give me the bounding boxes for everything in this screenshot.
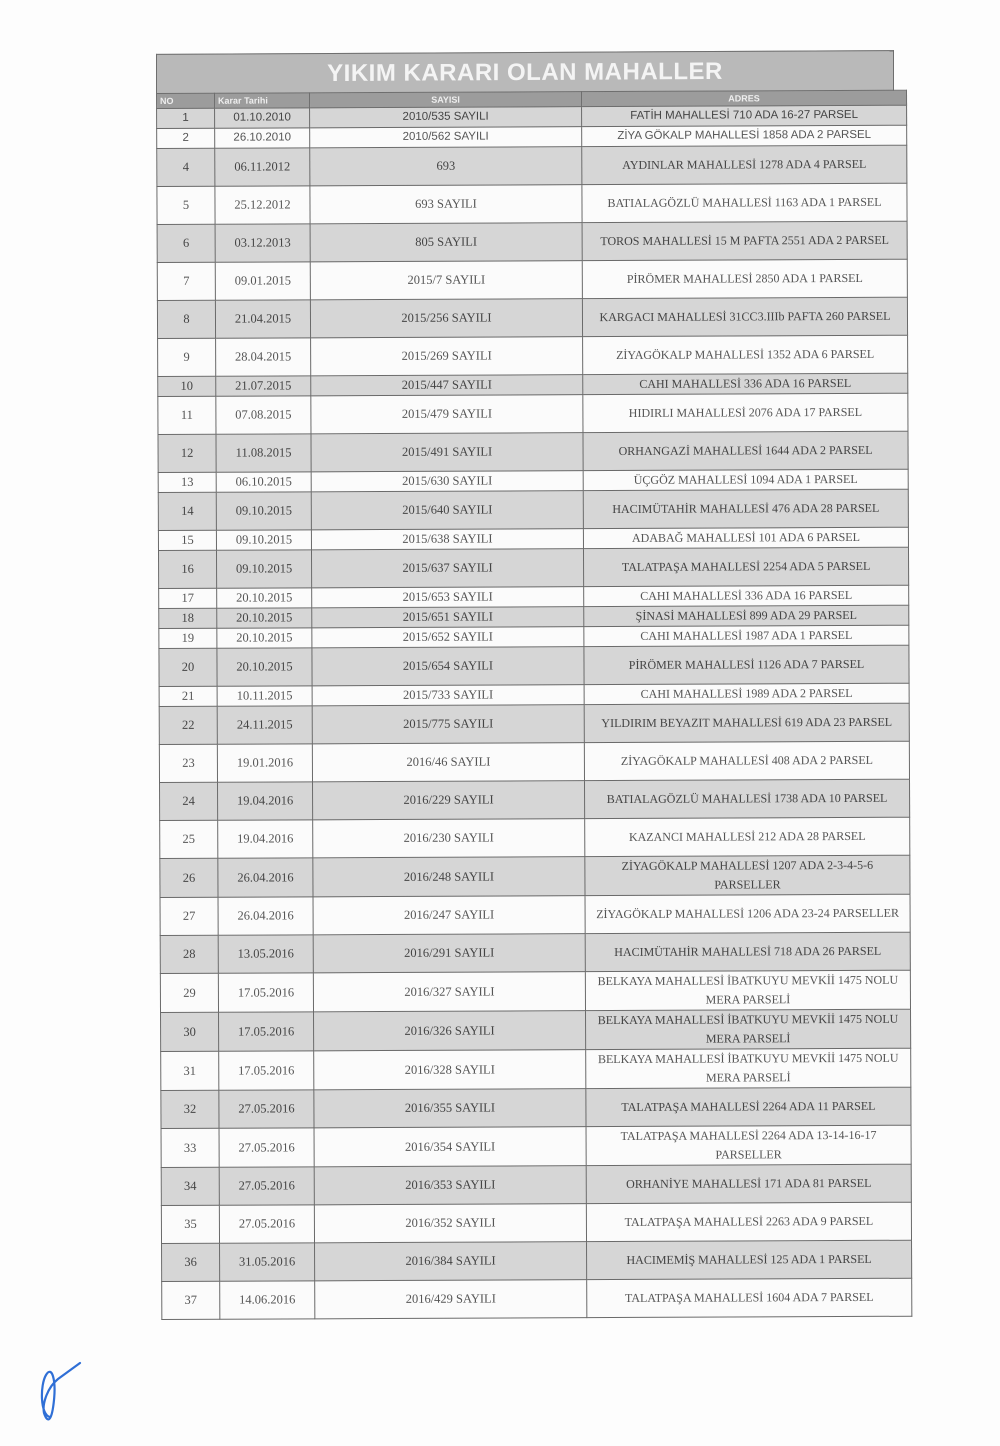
cell-no: 32: [161, 1090, 219, 1128]
cell-sayi: 2015/491 SAYILI: [311, 433, 583, 472]
cell-date: 26.04.2016: [218, 897, 313, 935]
cell-sayi: 2016/352 SAYILI: [314, 1204, 586, 1243]
cell-no: 33: [161, 1128, 219, 1167]
cell-date: 10.11.2015: [217, 686, 312, 706]
cell-date: 07.08.2015: [216, 396, 311, 434]
table-row: 3631.05.20162016/384 SAYILIHACIMEMİŞ MAH…: [162, 1240, 912, 1281]
cell-sayi: 2015/7 SAYILI: [310, 261, 582, 300]
signature-icon: [30, 1355, 90, 1435]
cell-no: 12: [158, 434, 216, 472]
cell-sayi: 2015/640 SAYILI: [311, 491, 583, 530]
cell-no: 18: [159, 608, 217, 628]
cell-date: 17.05.2016: [219, 1012, 314, 1051]
cell-sayi: 2016/247 SAYILI: [313, 896, 585, 935]
cell-date: 09.01.2015: [215, 262, 310, 300]
cell-adres: AYDINLAR MAHALLESİ 1278 ADA 4 PARSEL: [582, 145, 907, 184]
cell-no: 9: [158, 338, 216, 376]
table-row: 406.11.2012693AYDINLAR MAHALLESİ 1278 AD…: [157, 145, 907, 186]
cell-no: 6: [157, 224, 215, 262]
cell-adres: CAHI MAHALLESİ 336 ADA 16 PARSEL: [584, 585, 909, 606]
cell-sayi: 2016/429 SAYILI: [315, 1280, 587, 1319]
cell-adres: ZİYA GÖKALP MAHALLESİ 1858 ADA 2 PARSEL: [582, 125, 907, 146]
cell-no: 20: [159, 648, 217, 686]
table-row: 928.04.20152015/269 SAYILIZİYAGÖKALP MAH…: [158, 335, 908, 376]
cell-sayi: 2015/652 SAYILI: [312, 627, 584, 648]
cell-sayi: 2015/775 SAYILI: [312, 705, 584, 744]
cell-date: 20.10.2015: [217, 608, 312, 628]
cell-sayi: 2015/653 SAYILI: [312, 587, 584, 608]
table-row: 1920.10.20152015/652 SAYILICAHI MAHALLES…: [159, 625, 909, 648]
cell-no: 24: [160, 782, 218, 820]
cell-date: 20.10.2015: [217, 648, 312, 686]
cell-date: 20.10.2015: [217, 588, 312, 608]
cell-date: 20.10.2015: [217, 628, 312, 648]
cell-date: 31.05.2016: [220, 1243, 315, 1281]
cell-date: 19.01.2016: [217, 744, 312, 782]
cell-adres: BATIALAGÖZLÜ MAHALLESİ 1738 ADA 10 PARSE…: [585, 779, 910, 818]
cell-adres: BELKAYA MAHALLESİ İBATKUYU MEVKİİ 1475 N…: [586, 1048, 911, 1088]
table-row: 2319.01.20162016/46 SAYILIZİYAGÖKALP MAH…: [159, 741, 909, 782]
cell-date: 17.05.2016: [218, 973, 313, 1012]
cell-sayi: 805 SAYILI: [310, 223, 582, 262]
cell-no: 21: [159, 686, 217, 706]
cell-no: 10: [158, 376, 216, 396]
cell-date: 27.05.2016: [219, 1167, 314, 1205]
cell-date: 27.05.2016: [219, 1090, 314, 1128]
cell-adres: TOROS MAHALLESİ 15 M PAFTA 2551 ADA 2 PA…: [582, 221, 907, 260]
table-row: 1306.10.20152015/630 SAYILIÜÇGÖZ MAHALLE…: [158, 469, 908, 492]
table-row: 3227.05.20162016/355 SAYILITALATPAŞA MAH…: [161, 1087, 911, 1128]
cell-sayi: 2015/638 SAYILI: [311, 529, 583, 550]
table-row: 2519.04.20162016/230 SAYILIKAZANCI MAHAL…: [160, 817, 910, 858]
cell-adres: TALATPAŞA MAHALLESİ 2264 ADA 13-14-16-17…: [586, 1125, 911, 1165]
demolition-decisions-table: NO Karar Tarihi SAYISI ADRES 101.10.2010…: [156, 90, 912, 1320]
table-row: 709.01.20152015/7 SAYILIPİRÖMER MAHALLES…: [157, 259, 907, 300]
cell-adres: BATIALAGÖZLÜ MAHALLESİ 1163 ADA 1 PARSEL: [582, 183, 907, 222]
table-row: 1609.10.20152015/637 SAYILITALATPAŞA MAH…: [158, 547, 908, 588]
cell-no: 16: [158, 550, 216, 588]
table-row: 2020.10.20152015/654 SAYILIPİRÖMER MAHAL…: [159, 645, 909, 686]
cell-adres: PİRÖMER MAHALLESİ 1126 ADA 7 PARSEL: [584, 645, 909, 684]
table-row: 3714.06.20162016/429 SAYILITALATPAŞA MAH…: [162, 1278, 912, 1319]
cell-sayi: 2016/46 SAYILI: [312, 743, 584, 782]
table-row: 226.10.20102010/562 SAYILIZİYA GÖKALP MA…: [157, 125, 907, 148]
cell-adres: HACIMÜTAHİR MAHALLESİ 476 ADA 28 PARSEL: [583, 489, 908, 528]
cell-date: 28.04.2015: [216, 338, 311, 376]
cell-sayi: 2016/353 SAYILI: [314, 1166, 586, 1205]
table-row: 1409.10.20152015/640 SAYILIHACIMÜTAHİR M…: [158, 489, 908, 530]
cell-sayi: 2015/733 SAYILI: [312, 685, 584, 706]
cell-adres: ÜÇGÖZ MAHALLESİ 1094 ADA 1 PARSEL: [583, 469, 908, 490]
cell-sayi: 693 SAYILI: [310, 185, 582, 224]
cell-sayi: 2010/535 SAYILI: [310, 107, 582, 128]
cell-no: 17: [159, 588, 217, 608]
cell-adres: ORHANGAZİ MAHALLESİ 1644 ADA 2 PARSEL: [583, 431, 908, 470]
cell-adres: BELKAYA MAHALLESİ İBATKUYU MEVKİİ 1475 N…: [585, 970, 910, 1010]
cell-date: 19.04.2016: [218, 782, 313, 820]
cell-date: 24.11.2015: [217, 706, 312, 744]
table-row: 3327.05.20162016/354 SAYILITALATPAŞA MAH…: [161, 1125, 911, 1167]
cell-adres: TALATPAŞA MAHALLESİ 2264 ADA 11 PARSEL: [586, 1087, 911, 1126]
table-row: 3117.05.20162016/328 SAYILIBELKAYA MAHAL…: [161, 1048, 911, 1090]
cell-adres: CAHI MAHALLESİ 1987 ADA 1 PARSEL: [584, 625, 909, 646]
table-row: 3017.05.20162016/326 SAYILIBELKAYA MAHAL…: [161, 1009, 911, 1051]
cell-date: 21.04.2015: [215, 300, 310, 338]
cell-date: 21.07.2015: [216, 376, 311, 396]
cell-sayi: 2015/651 SAYILI: [312, 607, 584, 628]
cell-date: 09.10.2015: [216, 530, 311, 550]
table-body: 101.10.20102010/535 SAYILIFATİH MAHALLES…: [157, 105, 912, 1319]
cell-date: 26.10.2010: [215, 128, 310, 148]
cell-date: 14.06.2016: [220, 1281, 315, 1319]
cell-sayi: 2016/328 SAYILI: [314, 1050, 586, 1090]
cell-sayi: 2015/447 SAYILI: [311, 375, 583, 396]
table-row: 2110.11.20152015/733 SAYILICAHI MAHALLES…: [159, 683, 909, 706]
cell-no: 30: [161, 1012, 219, 1051]
table-row: 2726.04.20162016/247 SAYILIZİYAGÖKALP MA…: [160, 894, 910, 935]
cell-sayi: 2016/230 SAYILI: [313, 819, 585, 858]
cell-no: 29: [160, 973, 218, 1012]
cell-date: 06.11.2012: [215, 148, 310, 186]
table-row: 821.04.20152015/256 SAYILIKARGACI MAHALL…: [157, 297, 907, 338]
cell-no: 1: [157, 108, 215, 128]
cell-sayi: 2016/354 SAYILI: [314, 1127, 586, 1167]
table-row: 1107.08.20152015/479 SAYILIHIDIRLI MAHAL…: [158, 393, 908, 434]
table-row: 2813.05.20162016/291 SAYILIHACIMÜTAHİR M…: [160, 932, 910, 973]
cell-sayi: 2016/248 SAYILI: [313, 857, 585, 897]
cell-adres: CAHI MAHALLESİ 336 ADA 16 PARSEL: [583, 373, 908, 394]
table-row: 101.10.20102010/535 SAYILIFATİH MAHALLES…: [157, 105, 907, 128]
cell-no: 8: [157, 300, 215, 338]
cell-date: 27.05.2016: [219, 1128, 314, 1167]
cell-sayi: 2015/630 SAYILI: [311, 471, 583, 492]
cell-adres: ŞİNASİ MAHALLESİ 899 ADA 29 PARSEL: [584, 605, 909, 626]
cell-no: 22: [159, 706, 217, 744]
cell-date: 06.10.2015: [216, 472, 311, 492]
table-row: 2224.11.20152015/775 SAYILIYILDIRIM BEYA…: [159, 703, 909, 744]
cell-sayi: 2016/384 SAYILI: [315, 1242, 587, 1281]
table-row: 1211.08.20152015/491 SAYILIORHANGAZİ MAH…: [158, 431, 908, 472]
cell-sayi: 2016/291 SAYILI: [313, 934, 585, 973]
cell-date: 09.10.2015: [216, 492, 311, 530]
cell-adres: KAZANCI MAHALLESİ 212 ADA 28 PARSEL: [585, 817, 910, 856]
column-header-adres: ADRES: [581, 90, 906, 106]
table-title: YIKIM KARARI OLAN MAHALLER: [156, 50, 894, 95]
cell-adres: FATİH MAHALLESİ 710 ADA 16-27 PARSEL: [582, 105, 907, 126]
cell-adres: TALATPAŞA MAHALLESİ 2263 ADA 9 PARSEL: [586, 1202, 911, 1241]
cell-adres: ZİYAGÖKALP MAHALLESİ 1352 ADA 6 PARSEL: [583, 335, 908, 374]
table-row: 1820.10.20152015/651 SAYILIŞİNASİ MAHALL…: [159, 605, 909, 628]
cell-sayi: 2015/637 SAYILI: [311, 549, 583, 588]
cell-adres: ZİYAGÖKALP MAHALLESİ 408 ADA 2 PARSEL: [584, 741, 909, 780]
cell-sayi: 2016/355 SAYILI: [314, 1089, 586, 1128]
table-row: 2917.05.20162016/327 SAYILIBELKAYA MAHAL…: [160, 970, 910, 1012]
column-header-sayi: SAYISI: [310, 92, 582, 108]
scanned-page: YIKIM KARARI OLAN MAHALLER NO Karar Tari…: [0, 0, 1000, 1446]
cell-no: 13: [158, 472, 216, 492]
cell-adres: HIDIRLI MAHALLESİ 2076 ADA 17 PARSEL: [583, 393, 908, 432]
cell-adres: PİRÖMER MAHALLESİ 2850 ADA 1 PARSEL: [582, 259, 907, 298]
column-header-date: Karar Tarihi: [215, 93, 310, 108]
cell-no: 26: [160, 858, 218, 897]
table-row: 603.12.2013805 SAYILITOROS MAHALLESİ 15 …: [157, 221, 907, 262]
cell-adres: KARGACI MAHALLESİ 31CC3.IIIb PAFTA 260 P…: [582, 297, 907, 336]
cell-adres: ADABAĞ MAHALLESİ 101 ADA 6 PARSEL: [583, 527, 908, 548]
table-row: 2626.04.20162016/248 SAYILIZİYAGÖKALP MA…: [160, 855, 910, 897]
cell-date: 11.08.2015: [216, 434, 311, 472]
cell-adres: HACIMÜTAHİR MAHALLESİ 718 ADA 26 PARSEL: [585, 932, 910, 971]
table-row: 525.12.2012693 SAYILIBATIALAGÖZLÜ MAHALL…: [157, 183, 907, 224]
cell-no: 35: [161, 1205, 219, 1243]
cell-no: 28: [160, 935, 218, 973]
table-row: 2419.04.20162016/229 SAYILIBATIALAGÖZLÜ …: [160, 779, 910, 820]
table-row: 3527.05.20162016/352 SAYILITALATPAŞA MAH…: [161, 1202, 911, 1243]
cell-sayi: 2015/269 SAYILI: [311, 337, 583, 376]
cell-adres: TALATPAŞA MAHALLESİ 1604 ADA 7 PARSEL: [587, 1278, 912, 1317]
cell-sayi: 2015/654 SAYILI: [312, 647, 584, 686]
cell-no: 11: [158, 396, 216, 434]
cell-no: 7: [157, 262, 215, 300]
cell-adres: TALATPAŞA MAHALLESİ 2254 ADA 5 PARSEL: [583, 547, 908, 586]
cell-no: 25: [160, 820, 218, 858]
table-row: 1720.10.20152015/653 SAYILICAHI MAHALLES…: [159, 585, 909, 608]
cell-date: 19.04.2016: [218, 820, 313, 858]
cell-adres: HACIMEMİŞ MAHALLESİ 125 ADA 1 PARSEL: [587, 1240, 912, 1279]
cell-date: 26.04.2016: [218, 858, 313, 897]
cell-date: 27.05.2016: [219, 1205, 314, 1243]
cell-sayi: 2016/326 SAYILI: [314, 1011, 586, 1051]
cell-sayi: 2010/562 SAYILI: [310, 127, 582, 148]
column-header-no: NO: [157, 93, 215, 108]
cell-date: 25.12.2012: [215, 186, 310, 224]
table-row: 3427.05.20162016/353 SAYILIORHANİYE MAHA…: [161, 1164, 911, 1205]
cell-no: 31: [161, 1051, 219, 1090]
cell-adres: BELKAYA MAHALLESİ İBATKUYU MEVKİİ 1475 N…: [586, 1009, 911, 1049]
cell-sayi: 2016/229 SAYILI: [313, 781, 585, 820]
cell-no: 4: [157, 148, 215, 186]
cell-no: 2: [157, 128, 215, 148]
demolition-table-sheet: YIKIM KARARI OLAN MAHALLER NO Karar Tari…: [156, 52, 894, 1320]
cell-no: 5: [157, 186, 215, 224]
cell-sayi: 2016/327 SAYILI: [313, 972, 585, 1012]
cell-adres: CAHI MAHALLESİ 1989 ADA 2 PARSEL: [584, 683, 909, 704]
cell-no: 15: [158, 530, 216, 550]
cell-no: 14: [158, 492, 216, 530]
cell-date: 13.05.2016: [218, 935, 313, 973]
cell-no: 27: [160, 897, 218, 935]
cell-no: 19: [159, 628, 217, 648]
cell-date: 03.12.2013: [215, 224, 310, 262]
cell-no: 37: [162, 1281, 220, 1319]
cell-date: 01.10.2010: [215, 108, 310, 128]
cell-sayi: 693: [310, 147, 582, 186]
cell-adres: ZİYAGÖKALP MAHALLESİ 1206 ADA 23-24 PARS…: [585, 894, 910, 933]
cell-date: 17.05.2016: [219, 1051, 314, 1090]
cell-adres: YILDIRIM BEYAZIT MAHALLESİ 619 ADA 23 PA…: [584, 703, 909, 742]
cell-no: 34: [161, 1167, 219, 1205]
cell-no: 23: [159, 744, 217, 782]
cell-sayi: 2015/479 SAYILI: [311, 395, 583, 434]
cell-no: 36: [162, 1243, 220, 1281]
cell-date: 09.10.2015: [216, 550, 311, 588]
table-row: 1509.10.20152015/638 SAYILIADABAĞ MAHALL…: [158, 527, 908, 550]
cell-sayi: 2015/256 SAYILI: [310, 299, 582, 338]
cell-adres: ZİYAGÖKALP MAHALLESİ 1207 ADA 2-3-4-5-6 …: [585, 855, 910, 895]
cell-adres: ORHANİYE MAHALLESİ 171 ADA 81 PARSEL: [586, 1164, 911, 1203]
table-row: 1021.07.20152015/447 SAYILICAHI MAHALLES…: [158, 373, 908, 396]
